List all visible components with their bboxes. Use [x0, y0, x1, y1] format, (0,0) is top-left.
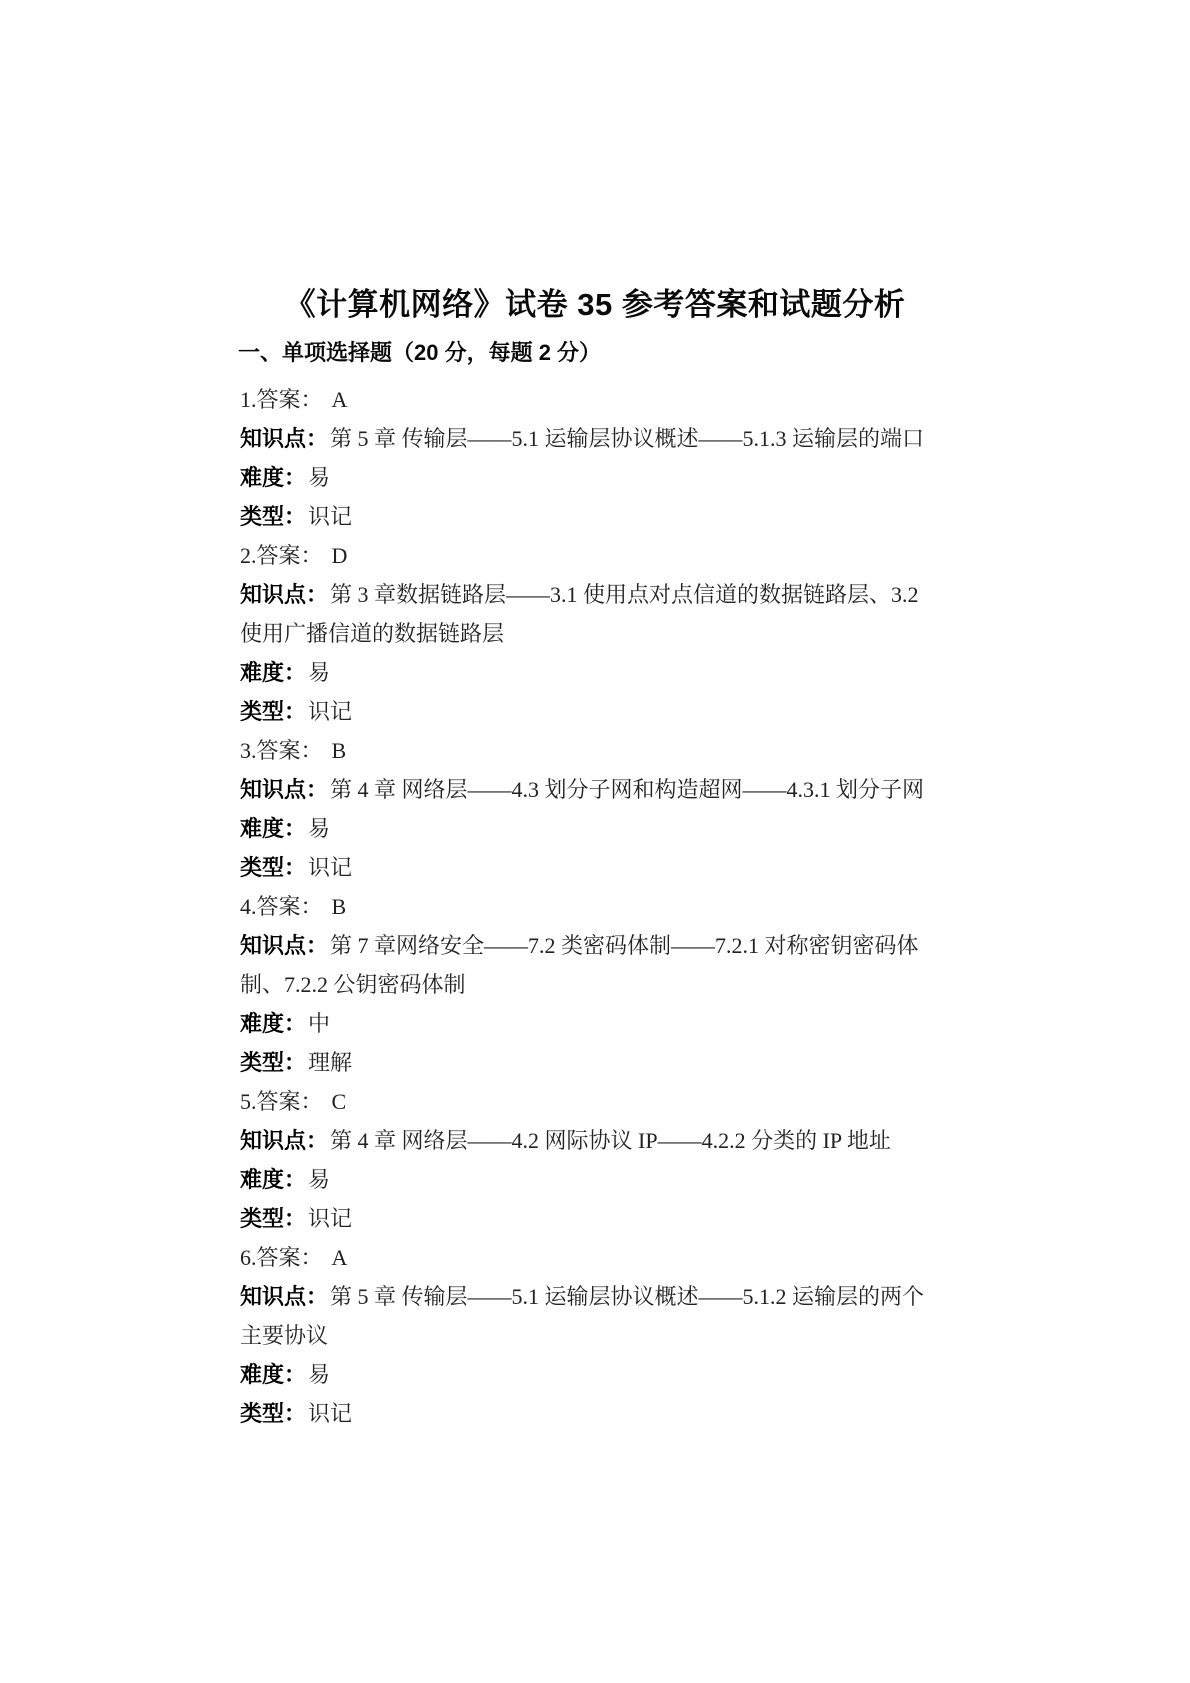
difficulty-label: 难度： — [240, 816, 306, 841]
answer-line: 6.答案：A — [240, 1238, 945, 1277]
answer-value: D — [332, 543, 348, 568]
knowledge-text: 第 5 章 传输层——5.1 运输层协议概述——5.1.2 运输层的两个主要协议 — [240, 1284, 924, 1348]
difficulty-line: 难度：中 — [240, 1004, 945, 1043]
difficulty-line: 难度：易 — [240, 458, 945, 497]
knowledge-line: 知识点：第 5 章 传输层——5.1 运输层协议概述——5.1.2 运输层的两个… — [240, 1277, 945, 1355]
type-label: 类型： — [240, 699, 306, 724]
answer-value: B — [332, 894, 347, 919]
answer-line: 1.答案：A — [240, 380, 945, 419]
type-line: 类型：识记 — [240, 497, 945, 536]
type-value: 识记 — [308, 699, 352, 724]
knowledge-line: 知识点：第 3 章数据链路层——3.1 使用点对点信道的数据链路层、3.2 使用… — [240, 575, 945, 653]
answer-label: 6.答案： — [240, 1245, 323, 1270]
answer-line: 3.答案：B — [240, 731, 945, 770]
knowledge-text: 第 3 章数据链路层——3.1 使用点对点信道的数据链路层、3.2 使用广播信道… — [240, 582, 919, 646]
document-page: 《计算机网络》试卷 35 参考答案和试题分析 一、单项选择题（20 分，每题 2… — [0, 0, 1190, 1683]
type-label: 类型： — [240, 504, 306, 529]
question-block-1: 1.答案：A 知识点：第 5 章 传输层——5.1 运输层协议概述——5.1.3… — [240, 380, 945, 536]
type-label: 类型： — [240, 1206, 306, 1231]
type-value: 识记 — [308, 504, 352, 529]
difficulty-line: 难度：易 — [240, 809, 945, 848]
answer-value: C — [332, 1089, 347, 1114]
knowledge-text: 第 5 章 传输层——5.1 运输层协议概述——5.1.3 运输层的端口 — [330, 426, 924, 451]
type-value: 识记 — [308, 1401, 352, 1426]
type-value: 识记 — [308, 855, 352, 880]
answer-label: 1.答案： — [240, 387, 323, 412]
question-block-6: 6.答案：A 知识点：第 5 章 传输层——5.1 运输层协议概述——5.1.2… — [240, 1238, 945, 1433]
type-line: 类型：识记 — [240, 1199, 945, 1238]
question-block-5: 5.答案：C 知识点：第 4 章 网络层——4.2 网际协议 IP——4.2.2… — [240, 1082, 945, 1238]
type-label: 类型： — [240, 1050, 306, 1075]
difficulty-line: 难度：易 — [240, 653, 945, 692]
answer-line: 2.答案：D — [240, 536, 945, 575]
answer-label: 4.答案： — [240, 894, 323, 919]
section-heading: 一、单项选择题（20 分，每题 2 分） — [238, 341, 1190, 365]
difficulty-value: 易 — [308, 1167, 330, 1192]
answer-label: 3.答案： — [240, 738, 323, 763]
difficulty-label: 难度： — [240, 465, 306, 490]
difficulty-value: 中 — [308, 1011, 330, 1036]
type-value: 识记 — [308, 1206, 352, 1231]
difficulty-value: 易 — [308, 1362, 330, 1387]
knowledge-label: 知识点： — [240, 1284, 328, 1309]
knowledge-text: 第 7 章网络安全——7.2 类密码体制——7.2.1 对称密钥密码体制、7.2… — [240, 933, 919, 997]
difficulty-value: 易 — [308, 816, 330, 841]
type-line: 类型：识记 — [240, 1394, 945, 1433]
knowledge-line: 知识点：第 4 章 网络层——4.2 网际协议 IP——4.2.2 分类的 IP… — [240, 1121, 945, 1160]
type-label: 类型： — [240, 855, 306, 880]
difficulty-value: 易 — [308, 660, 330, 685]
difficulty-label: 难度： — [240, 1362, 306, 1387]
knowledge-label: 知识点： — [240, 933, 328, 958]
answer-line: 5.答案：C — [240, 1082, 945, 1121]
type-line: 类型：理解 — [240, 1043, 945, 1082]
answer-label: 5.答案： — [240, 1089, 323, 1114]
difficulty-label: 难度： — [240, 1167, 306, 1192]
answer-value: B — [332, 738, 347, 763]
question-block-4: 4.答案：B 知识点：第 7 章网络安全——7.2 类密码体制——7.2.1 对… — [240, 887, 945, 1082]
type-line: 类型：识记 — [240, 692, 945, 731]
knowledge-text: 第 4 章 网络层——4.2 网际协议 IP——4.2.2 分类的 IP 地址 — [330, 1128, 891, 1153]
answer-analysis-list: 1.答案：A 知识点：第 5 章 传输层——5.1 运输层协议概述——5.1.3… — [240, 380, 945, 1433]
difficulty-value: 易 — [308, 465, 330, 490]
type-line: 类型：识记 — [240, 848, 945, 887]
answer-line: 4.答案：B — [240, 887, 945, 926]
difficulty-label: 难度： — [240, 660, 306, 685]
knowledge-line: 知识点：第 4 章 网络层——4.3 划分子网和构造超网——4.3.1 划分子网 — [240, 770, 945, 809]
knowledge-label: 知识点： — [240, 426, 328, 451]
knowledge-label: 知识点： — [240, 777, 328, 802]
question-block-3: 3.答案：B 知识点：第 4 章 网络层——4.3 划分子网和构造超网——4.3… — [240, 731, 945, 887]
type-value: 理解 — [308, 1050, 352, 1075]
document-title: 《计算机网络》试卷 35 参考答案和试题分析 — [0, 287, 1190, 323]
knowledge-label: 知识点： — [240, 1128, 328, 1153]
difficulty-label: 难度： — [240, 1011, 306, 1036]
difficulty-line: 难度：易 — [240, 1355, 945, 1394]
type-label: 类型： — [240, 1401, 306, 1426]
knowledge-label: 知识点： — [240, 582, 328, 607]
knowledge-line: 知识点：第 7 章网络安全——7.2 类密码体制——7.2.1 对称密钥密码体制… — [240, 926, 945, 1004]
answer-value: A — [332, 387, 348, 412]
answer-label: 2.答案： — [240, 543, 323, 568]
knowledge-text: 第 4 章 网络层——4.3 划分子网和构造超网——4.3.1 划分子网 — [330, 777, 924, 802]
answer-value: A — [332, 1245, 348, 1270]
question-block-2: 2.答案：D 知识点：第 3 章数据链路层——3.1 使用点对点信道的数据链路层… — [240, 536, 945, 731]
difficulty-line: 难度：易 — [240, 1160, 945, 1199]
knowledge-line: 知识点：第 5 章 传输层——5.1 运输层协议概述——5.1.3 运输层的端口 — [240, 419, 945, 458]
